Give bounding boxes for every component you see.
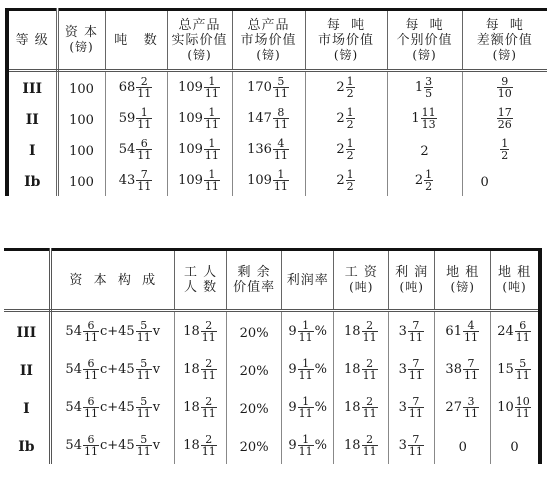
whole-part: 18	[344, 362, 361, 377]
capital-cell-text: 100	[69, 175, 94, 190]
grade-cell: I	[4, 388, 50, 426]
tons-cell: 54611	[105, 134, 167, 165]
whole-part: 1	[415, 80, 423, 95]
mixed-number: 11113	[411, 111, 437, 126]
market-value-cell: 170511	[232, 71, 305, 104]
table1-header-row: 等 级 资 本(镑) 吨 数 总产品实际价值(镑) 总产品市场价值(镑) 每 吨…	[7, 10, 547, 71]
header-grade-blank	[4, 250, 50, 311]
denominator: 11	[515, 332, 531, 343]
header-wages-tons: 工 资(吨)	[334, 250, 389, 311]
rent-pounds-cell: 0	[435, 426, 491, 464]
profit-rate-cell: 9111%	[281, 388, 334, 426]
tons-cell: 59111	[105, 103, 167, 134]
grade-cell: Ib	[7, 165, 57, 196]
mixed-number: 109111	[178, 111, 221, 126]
whole-part: 54	[119, 142, 136, 157]
denominator: 11	[136, 408, 152, 419]
rent-tons-cell: 0	[491, 426, 540, 464]
whole-part: 45	[118, 400, 135, 415]
denominator: 11	[136, 332, 152, 343]
mixed-number: 0	[481, 175, 489, 190]
denominator: 10	[497, 88, 513, 99]
capital-cell-text: 100	[69, 144, 94, 159]
numerator: 3	[463, 396, 479, 408]
whole-part: 24	[497, 324, 514, 339]
capital-cell: 100	[57, 103, 105, 134]
fraction: 211	[362, 396, 378, 419]
mixed-number: 27311	[445, 400, 480, 415]
wages-tons-cell: 18211	[334, 426, 389, 464]
denominator: 13	[421, 119, 437, 130]
fraction: 511	[136, 320, 152, 343]
header-per-ton-difference: 每 吨差额价值(镑)	[462, 10, 547, 71]
per-ton-difference-cell: 12	[462, 134, 547, 165]
numerator: 1	[298, 434, 314, 446]
numerator: 1	[298, 396, 314, 408]
per-ton-difference-cell: 1726	[462, 103, 547, 134]
whole-part: 54	[65, 400, 82, 415]
rent-table-values: 等 级 资 本(镑) 吨 数 总产品实际价值(镑) 总产品市场价值(镑) 每 吨…	[5, 8, 547, 196]
numerator: 5	[136, 396, 152, 408]
constant-capital-symbol: c+	[100, 362, 118, 377]
whole-part: 0	[459, 440, 467, 455]
whole-part: 38	[445, 362, 462, 377]
whole-part: 2	[336, 142, 344, 157]
fraction: 1011	[515, 396, 531, 419]
workers-cell: 18211	[174, 426, 227, 464]
numerator: 2	[362, 320, 378, 332]
denominator: 2	[500, 150, 509, 161]
mixed-number: 59111	[119, 111, 154, 126]
mixed-number: 170511	[247, 80, 290, 95]
numerator: 5	[136, 358, 152, 370]
header-rent-pounds: 地 租(镑)	[435, 250, 491, 311]
mixed-number: 45511	[118, 324, 153, 339]
numerator: 2	[201, 396, 217, 408]
workers-cell: 18211	[174, 350, 227, 388]
denominator: 11	[273, 150, 289, 161]
whole-part: 1	[411, 111, 419, 126]
surplus-rate-cell-text: 20%	[240, 364, 269, 379]
denominator: 2	[346, 119, 355, 130]
whole-part: 43	[119, 173, 136, 188]
fraction: 111	[204, 107, 220, 130]
fraction: 12	[346, 107, 355, 130]
mixed-number: 212	[336, 173, 355, 188]
mixed-number: 212	[336, 142, 355, 157]
denominator: 26	[497, 119, 513, 130]
table-row: III10068211109111170511212135910	[7, 71, 547, 104]
profit-rate-cell: 9111%	[281, 311, 334, 351]
mixed-number: 24611	[497, 324, 532, 339]
workers-cell: 18211	[174, 388, 227, 426]
denominator: 11	[298, 370, 314, 381]
table-row: Ib100437111091111091112122120	[7, 165, 547, 196]
per-ton-individual-cell: 212	[387, 165, 462, 196]
fraction: 711	[136, 169, 152, 192]
whole-part: 170	[247, 80, 272, 95]
fraction: 211	[201, 320, 217, 343]
per-ton-market-cell: 212	[305, 103, 387, 134]
numerator: 2	[362, 358, 378, 370]
denominator: 11	[83, 408, 99, 419]
grade-cell-text: II	[20, 363, 33, 379]
table-row: I54611c+45511v1821120%9111%1821137112731…	[4, 388, 540, 426]
fraction: 511	[273, 76, 289, 99]
mixed-number: 3711	[399, 324, 425, 339]
tons-cell: 43711	[105, 165, 167, 196]
table-row: III54611c+45511v1821120%9111%18211371161…	[4, 311, 540, 351]
whole-part: 109	[178, 80, 203, 95]
per-ton-market-cell: 212	[305, 71, 387, 104]
rent-pounds-cell: 38711	[435, 350, 491, 388]
header-profit-rate: 利润率	[281, 250, 334, 311]
numerator: 7	[463, 358, 479, 370]
denominator: 11	[362, 408, 378, 419]
header-capital-composition: 资 本 构 成	[50, 250, 174, 311]
header-per-ton-market: 每 吨市场价值(镑)	[305, 10, 387, 71]
whole-part: 0	[510, 440, 518, 455]
denominator: 5	[424, 88, 433, 99]
header-tons: 吨 数	[105, 10, 167, 71]
mixed-number: 54611	[65, 324, 100, 339]
denominator: 11	[515, 408, 531, 419]
numerator: 2	[201, 434, 217, 446]
capital-composition-cell: 54611c+45511v	[50, 350, 174, 388]
mixed-number: 18211	[344, 324, 379, 339]
fraction: 211	[362, 358, 378, 381]
table-row: I10054611109111136411212212	[7, 134, 547, 165]
surplus-rate-cell: 20%	[227, 311, 282, 351]
denominator: 11	[515, 370, 531, 381]
mixed-number: 9111%	[288, 438, 327, 453]
fraction: 511	[136, 358, 152, 381]
fraction: 411	[463, 320, 479, 343]
whole-part: 9	[288, 324, 296, 339]
numerator: 1	[298, 320, 314, 332]
whole-part: 3	[399, 362, 407, 377]
whole-part: 27	[445, 400, 462, 415]
header-per-ton-individual: 每 吨个别价值(镑)	[387, 10, 462, 71]
mixed-number: 18211	[183, 400, 218, 415]
mixed-number: 3711	[399, 438, 425, 453]
composition-expression: 54611c+45511v	[65, 324, 160, 339]
mixed-number: 136411	[247, 142, 290, 157]
mixed-number: 15511	[497, 362, 532, 377]
percent-sign: %	[315, 438, 327, 453]
numerator: 6	[83, 320, 99, 332]
market-value-cell: 147811	[232, 103, 305, 134]
mixed-number: 18211	[344, 400, 379, 415]
whole-part: 109	[178, 142, 203, 157]
denominator: 11	[362, 332, 378, 343]
mixed-number: 61411	[445, 324, 480, 339]
rent-table-composition: 资 本 构 成 工 人人 数 剩 余价值率 利润率 工 资(吨) 利 润(吨) …	[4, 248, 542, 464]
numerator: 4	[463, 320, 479, 332]
whole-part: 18	[183, 362, 200, 377]
numerator: 6	[83, 434, 99, 446]
denominator: 11	[298, 408, 314, 419]
per-ton-individual-cell: 11113	[387, 103, 462, 134]
mixed-number: 9111%	[288, 400, 327, 415]
denominator: 11	[201, 370, 217, 381]
grade-cell: I	[7, 134, 57, 165]
table-row: Ib54611c+45511v1821120%9111%18211371100	[4, 426, 540, 464]
whole-part: 109	[178, 111, 203, 126]
actual-value-cell: 109111	[167, 103, 232, 134]
fraction: 12	[346, 76, 355, 99]
denominator: 11	[136, 150, 152, 161]
numerator: 6	[83, 396, 99, 408]
whole-part: 54	[65, 362, 82, 377]
surplus-rate-cell: 20%	[227, 388, 282, 426]
whole-part: 18	[183, 438, 200, 453]
numerator: 2	[201, 358, 217, 370]
denominator: 11	[463, 332, 479, 343]
rent-pounds-cell: 27311	[435, 388, 491, 426]
percent-sign: %	[315, 400, 327, 415]
denominator: 11	[362, 446, 378, 457]
mixed-number: 0	[459, 440, 467, 455]
fraction: 12	[346, 138, 355, 161]
numerator: 5	[515, 358, 531, 370]
fraction: 611	[83, 434, 99, 457]
numerator: 5	[136, 320, 152, 332]
mixed-number: 45511	[118, 438, 153, 453]
numerator: 7	[408, 320, 424, 332]
wages-tons-cell: 18211	[334, 388, 389, 426]
composition-expression: 54611c+45511v	[65, 362, 160, 377]
numerator: 6	[515, 320, 531, 332]
whole-part: 2	[336, 173, 344, 188]
fraction: 511	[136, 396, 152, 419]
fraction: 111	[204, 169, 220, 192]
whole-part: 18	[183, 400, 200, 415]
fraction: 211	[362, 320, 378, 343]
header-rent-tons: 地 租(吨)	[491, 250, 540, 311]
workers-cell: 18211	[174, 311, 227, 351]
numerator: 2	[362, 434, 378, 446]
mixed-number: 147811	[247, 111, 290, 126]
numerator: 6	[83, 358, 99, 370]
grade-cell: II	[7, 103, 57, 134]
profit-tons-cell: 3711	[389, 388, 435, 426]
market-value-cell: 136411	[232, 134, 305, 165]
wages-tons-cell: 18211	[334, 350, 389, 388]
denominator: 11	[201, 332, 217, 343]
variable-capital-symbol: v	[153, 324, 160, 339]
variable-capital-symbol: v	[153, 438, 160, 453]
grade-cell-text: III	[17, 325, 37, 341]
whole-part: 3	[399, 324, 407, 339]
denominator: 11	[273, 88, 289, 99]
mixed-number: 212	[415, 173, 434, 188]
variable-capital-symbol: v	[153, 400, 160, 415]
mixed-number: 101011	[497, 400, 532, 415]
capital-composition-cell: 54611c+45511v	[50, 311, 174, 351]
fraction: 12	[346, 169, 355, 192]
whole-part: 9	[288, 362, 296, 377]
header-grade: 等 级	[7, 10, 57, 71]
fraction: 111	[298, 358, 314, 381]
denominator: 11	[204, 150, 220, 161]
whole-part: 2	[415, 173, 423, 188]
numerator: 2	[362, 396, 378, 408]
variable-capital-symbol: v	[153, 362, 160, 377]
actual-value-cell: 109111	[167, 134, 232, 165]
grade-cell-text: III	[22, 81, 42, 97]
profit-tons-cell: 3711	[389, 426, 435, 464]
mixed-number: 18211	[183, 438, 218, 453]
grade-cell: II	[4, 350, 50, 388]
capital-cell-text: 100	[69, 113, 94, 128]
per-ton-market-cell: 212	[305, 165, 387, 196]
table-row: II10059111109111147811212111131726	[7, 103, 547, 134]
mixed-number: 109111	[247, 173, 290, 188]
grade-cell: III	[7, 71, 57, 104]
mixed-number: 1726	[496, 111, 514, 126]
fraction: 511	[136, 434, 152, 457]
mixed-number: 3711	[399, 400, 425, 415]
denominator: 11	[408, 370, 424, 381]
actual-value-cell: 109111	[167, 165, 232, 196]
fraction: 1726	[497, 107, 513, 130]
constant-capital-symbol: c+	[100, 324, 118, 339]
mixed-number: 43711	[119, 173, 154, 188]
percent-sign: %	[315, 324, 327, 339]
fraction: 111	[204, 138, 220, 161]
fraction: 711	[408, 320, 424, 343]
constant-capital-symbol: c+	[100, 400, 118, 415]
constant-capital-symbol: c+	[100, 438, 118, 453]
denominator: 11	[136, 446, 152, 457]
denominator: 11	[136, 88, 152, 99]
denominator: 11	[136, 181, 152, 192]
fraction: 711	[408, 434, 424, 457]
numerator: 7	[408, 396, 424, 408]
denominator: 11	[273, 119, 289, 130]
grade-cell-text: Ib	[18, 439, 34, 455]
mixed-number: 54611	[65, 362, 100, 377]
mixed-number: 109111	[178, 173, 221, 188]
per-ton-difference-cell: 910	[462, 71, 547, 104]
denominator: 11	[463, 370, 479, 381]
wages-tons-cell: 18211	[334, 311, 389, 351]
denominator: 11	[463, 408, 479, 419]
denominator: 11	[136, 370, 152, 381]
composition-expression: 54611c+45511v	[65, 438, 160, 453]
mixed-number: 109111	[178, 142, 221, 157]
actual-value-cell: 109111	[167, 71, 232, 104]
whole-part: 45	[118, 324, 135, 339]
surplus-rate-cell-text: 20%	[240, 326, 269, 341]
whole-part: 147	[247, 111, 272, 126]
fraction: 111	[204, 76, 220, 99]
grade-cell-text: Ib	[24, 174, 40, 190]
percent-sign: %	[315, 362, 327, 377]
denominator: 2	[346, 150, 355, 161]
denominator: 11	[204, 88, 220, 99]
fraction: 611	[83, 358, 99, 381]
profit-rate-cell: 9111%	[281, 426, 334, 464]
denominator: 11	[83, 332, 99, 343]
mixed-number: 12	[499, 142, 510, 157]
numerator: 7	[408, 434, 424, 446]
mixed-number: 54611	[65, 400, 100, 415]
fraction: 711	[408, 358, 424, 381]
rent-tons-cell: 101011	[491, 388, 540, 426]
whole-part: 18	[344, 324, 361, 339]
denominator: 11	[298, 446, 314, 457]
denominator: 11	[408, 332, 424, 343]
fraction: 311	[463, 396, 479, 419]
fraction: 211	[136, 76, 152, 99]
fraction: 111	[298, 320, 314, 343]
denominator: 11	[408, 446, 424, 457]
fraction: 611	[83, 396, 99, 419]
whole-part: 61	[445, 324, 462, 339]
whole-part: 109	[178, 173, 203, 188]
capital-cell: 100	[57, 71, 105, 104]
numerator: 2	[201, 320, 217, 332]
grade-cell: Ib	[4, 426, 50, 464]
denominator: 2	[346, 88, 355, 99]
surplus-rate-cell-text: 20%	[240, 440, 269, 455]
surplus-rate-cell: 20%	[227, 350, 282, 388]
surplus-rate-cell-text: 20%	[240, 402, 269, 417]
denominator: 11	[273, 181, 289, 192]
denominator: 11	[362, 370, 378, 381]
mixed-number: 54611	[65, 438, 100, 453]
whole-part: 3	[399, 400, 407, 415]
header-profit-tons: 利 润(吨)	[389, 250, 435, 311]
whole-part: 54	[65, 438, 82, 453]
rent-pounds-cell: 61411	[435, 311, 491, 351]
profit-tons-cell: 3711	[389, 350, 435, 388]
capital-cell: 100	[57, 134, 105, 165]
mixed-number: 54611	[119, 142, 154, 157]
fraction: 1113	[421, 107, 437, 130]
denominator: 11	[204, 119, 220, 130]
fraction: 910	[497, 76, 513, 99]
table-row: II54611c+45511v1821120%9111%182113711387…	[4, 350, 540, 388]
header-workers: 工 人人 数	[174, 250, 227, 311]
whole-part: 18	[183, 324, 200, 339]
fraction: 511	[515, 358, 531, 381]
fraction: 611	[136, 138, 152, 161]
mixed-number: 18211	[183, 362, 218, 377]
whole-part: 3	[399, 438, 407, 453]
mixed-number: 3711	[399, 362, 425, 377]
grade-cell-text: I	[29, 143, 36, 159]
fraction: 111	[298, 396, 314, 419]
denominator: 11	[83, 370, 99, 381]
denominator: 11	[201, 446, 217, 457]
rent-tons-cell: 24611	[491, 311, 540, 351]
mixed-number: 2	[420, 144, 428, 159]
fraction: 111	[136, 107, 152, 130]
denominator: 11	[136, 119, 152, 130]
whole-part: 9	[288, 438, 296, 453]
numerator: 7	[408, 358, 424, 370]
mixed-number: 68211	[119, 80, 154, 95]
denominator: 11	[201, 408, 217, 419]
whole-part: 54	[65, 324, 82, 339]
capital-cell: 100	[57, 165, 105, 196]
fraction: 411	[273, 138, 289, 161]
capital-cell-text: 100	[69, 82, 94, 97]
profit-rate-cell: 9111%	[281, 350, 334, 388]
